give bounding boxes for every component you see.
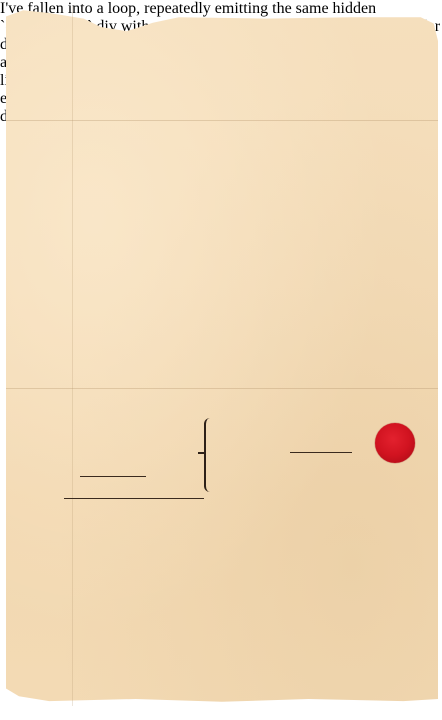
document-paper (6, 6, 438, 706)
red-wax-seal-icon (375, 423, 415, 463)
brace-bracket-point (198, 452, 204, 454)
signature-underline (64, 498, 204, 499)
signature-underline (290, 452, 352, 453)
brace-bracket (204, 418, 216, 492)
fold-crease (6, 388, 438, 389)
fold-crease (6, 120, 438, 121)
signature-underline (80, 476, 146, 477)
fold-crease (72, 6, 73, 706)
